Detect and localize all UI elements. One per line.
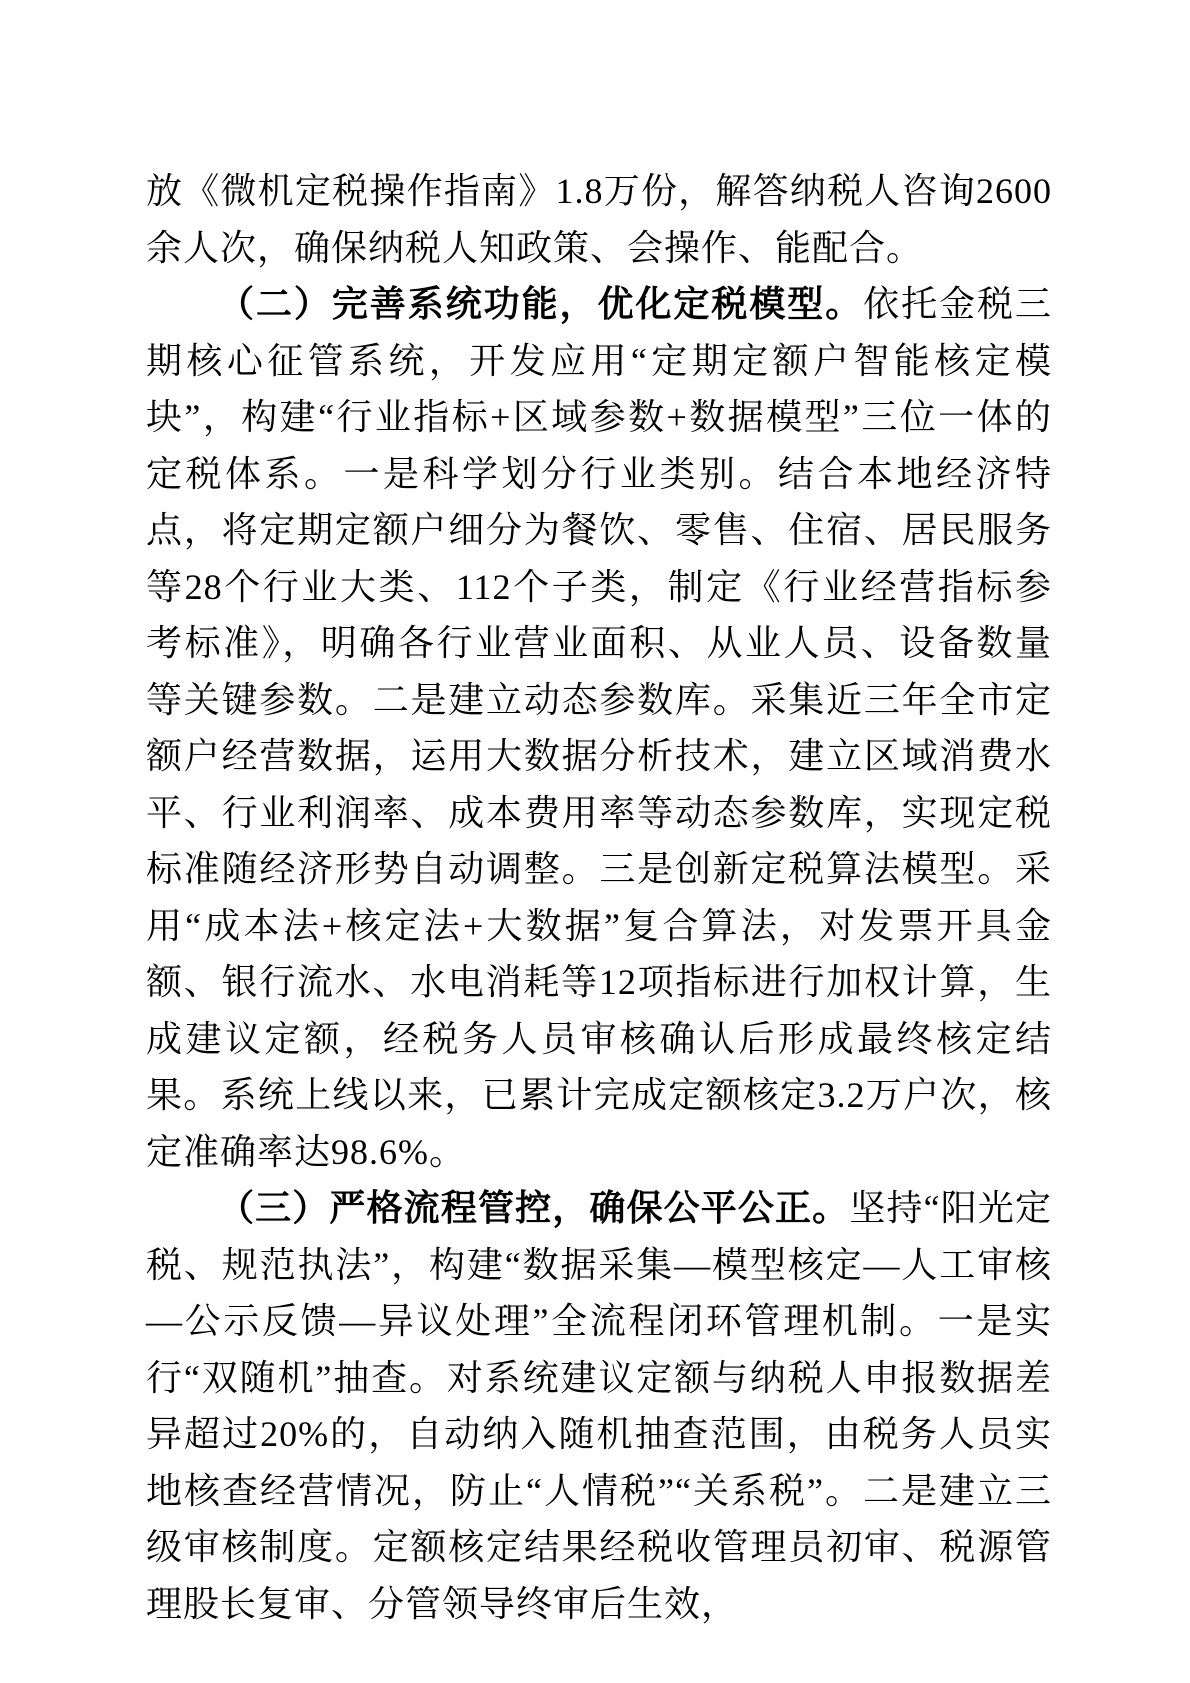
paragraph-text-run: 坚持“阳光定税、规范执法”，构建“数据采集—模型核定—人工审核—公示反馈—异议处…: [146, 1188, 1052, 1624]
section-heading-run: （二）完善系统功能，优化定税模型。: [218, 284, 863, 324]
paragraph-continuation: 放《微机定税操作指南》1.8万份，解答纳税人咨询2600余人次，确保纳税人知政策…: [146, 163, 1052, 276]
paragraph-text-run: 依托金税三期核心征管系统，开发应用“定期定额户智能核定模块”，构建“行业指标+区…: [146, 284, 1052, 1172]
section-heading-run: （三）严格流程管控，确保公平公正。: [218, 1188, 849, 1228]
paragraph-section-3: （三）严格流程管控，确保公平公正。坚持“阳光定税、规范执法”，构建“数据采集—模…: [146, 1180, 1052, 1632]
paragraph-section-2: （二）完善系统功能，优化定税模型。依托金税三期核心征管系统，开发应用“定期定额户…: [146, 276, 1052, 1180]
document-page: 放《微机定税操作指南》1.8万份，解答纳税人咨询2600余人次，确保纳税人知政策…: [0, 0, 1190, 1683]
document-body: 放《微机定税操作指南》1.8万份，解答纳税人咨询2600余人次，确保纳税人知政策…: [146, 163, 1052, 1632]
paragraph-text-run: 放《微机定税操作指南》1.8万份，解答纳税人咨询2600余人次，确保纳税人知政策…: [146, 171, 1052, 268]
